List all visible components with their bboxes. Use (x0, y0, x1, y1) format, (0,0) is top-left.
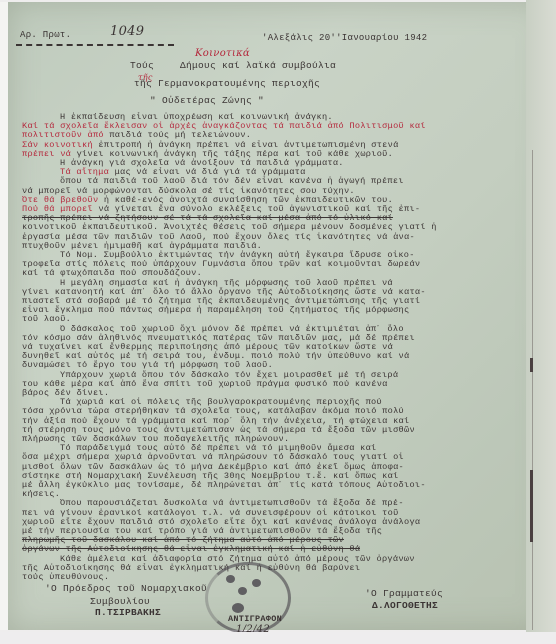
place-date: 'Αλεξάλις 20''Ιανουαρίου 1942 (262, 33, 427, 44)
addressee-prefix: Τούς (130, 60, 154, 71)
reference-number: 1049 (110, 26, 144, 37)
body-line: εἶναι ἔγκλημα πού πάντως σήμερα ἡ παραμέ… (22, 305, 409, 316)
scan-bottom-margin (0, 632, 556, 644)
signature-left-title-2: Συμβουλίου (90, 596, 150, 607)
margin-mark (530, 358, 533, 372)
red-annotation: Κοινοτικά (195, 48, 250, 59)
body-line: μέ ἄλλη ἐγκύκλιο μας τονίσαμε, δέ πληρών… (22, 480, 426, 491)
body-line: κήσεις. (22, 489, 60, 500)
scan-left-margin (0, 2, 8, 630)
margin-mark (530, 470, 533, 542)
addressee-line-2: τῆς Γερμανοκρατουμένης περιοχῆς (134, 78, 320, 89)
body-line: τούς ὑπευθύνους. (22, 572, 109, 583)
signature-right-title: 'Ο Γραμματεύς (365, 588, 443, 599)
margin-line (532, 150, 533, 630)
addressee-line-3: " Οὐδετέρας Ζώνης " (150, 95, 264, 106)
reference-underline (16, 44, 174, 46)
signature-left-title: 'Ο Πρόεδρος τοῦ Νομαρχιακοῦ (45, 583, 207, 594)
signature-right-name: Δ.ΛΟΓΟΘΕΤΗΣ (372, 600, 438, 611)
addressee-line-1: Δήμους καί λαϊκά συμβούλια (180, 60, 336, 71)
signature-left-name: Π.ΤΣΙΡΒΑΚΗΣ (95, 607, 161, 618)
reference-label: Αρ. Πρωτ. (20, 30, 71, 41)
